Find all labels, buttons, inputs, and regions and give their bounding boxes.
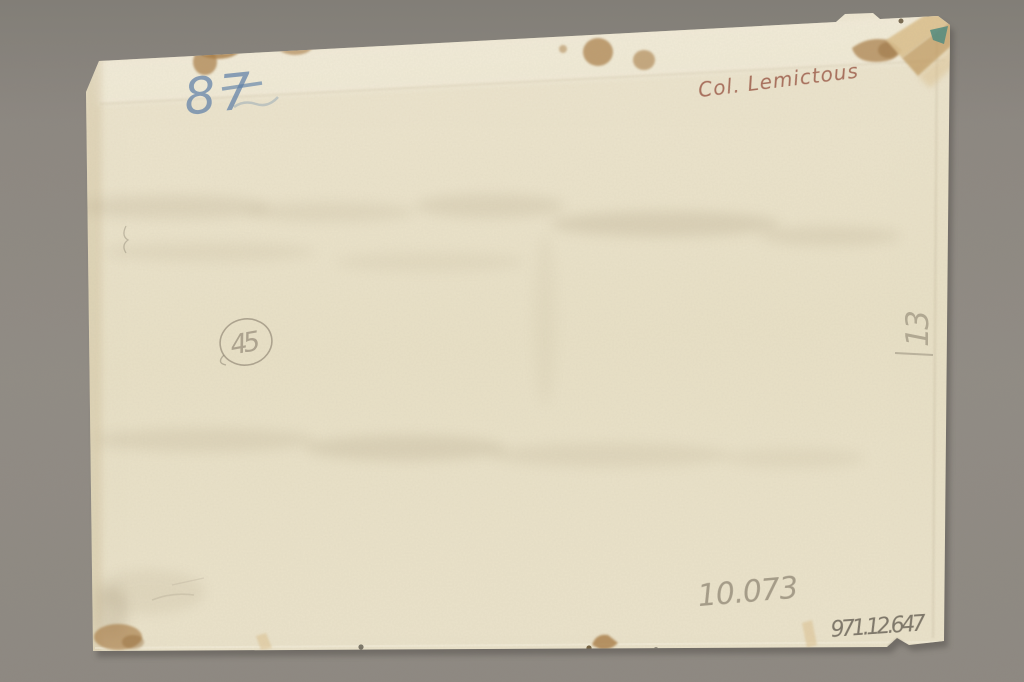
photograph-of-artwork-verso: 8 7 Col. Lemictous 45 13 10.073 971.12.6…	[0, 0, 1024, 682]
paper-surface-details: 8 7 Col. Lemictous 45 13 10.073 971.12.6…	[0, 0, 1024, 682]
verso-scene: 8 7 Col. Lemictous 45 13 10.073 971.12.6…	[0, 0, 1024, 682]
paper-grain-texture	[0, 0, 1024, 682]
